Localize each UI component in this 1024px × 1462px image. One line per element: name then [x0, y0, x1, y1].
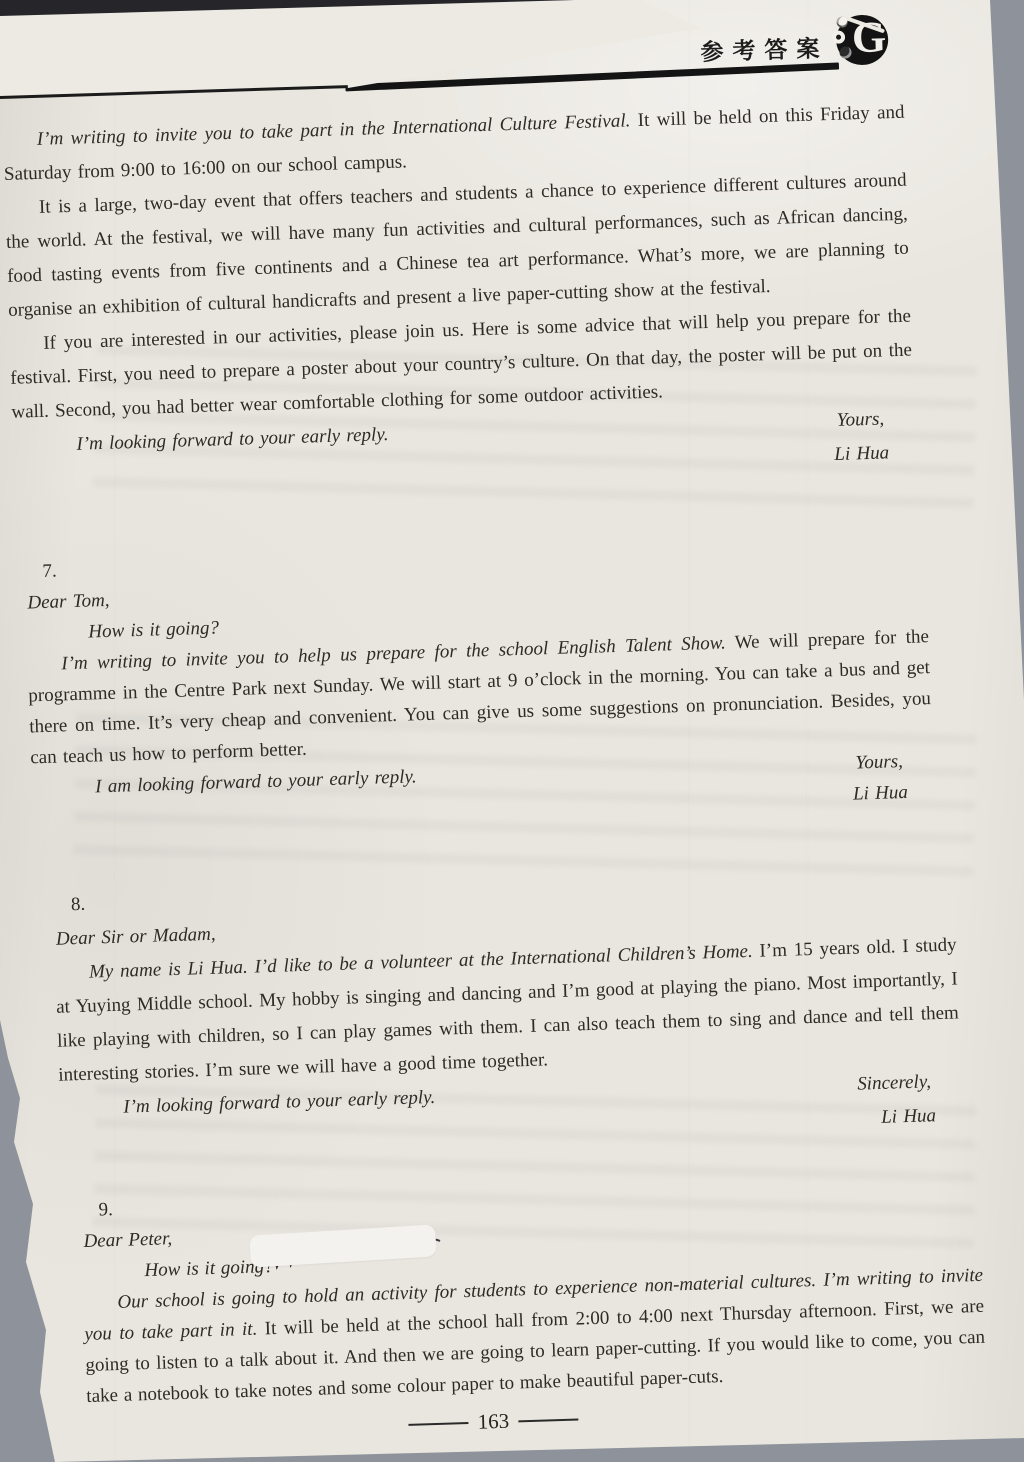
page-number-right-rule [518, 1418, 578, 1422]
letter-7: 7.Dear Tom,How is it going?I’m writing t… [24, 528, 934, 835]
page-number: 163 [477, 1409, 509, 1435]
page-number-left-rule [409, 1421, 469, 1425]
closing-sentence: I’m looking forward to your early reply. [76, 424, 389, 455]
closing-sentence: I am looking forward to your early reply… [95, 766, 417, 797]
text-run: It will be held at the school hall from … [85, 1296, 985, 1407]
valediction: Yours, [836, 402, 884, 437]
printed-content: 参考答案 G I’m writing to invite you to take… [2, 82, 1004, 1461]
letter-9: 9.Dear Peter,How is it going?Our school … [80, 1167, 986, 1412]
letter-continued: I’m writing to invite you to take part i… [2, 96, 915, 498]
scanned-page: 参考答案 G I’m writing to invite you to take… [0, 0, 1024, 1462]
closing-sentence: I’m looking forward to your early reply. [123, 1087, 436, 1118]
valediction: Yours, [855, 746, 903, 778]
text-run: It is a large, two-day event that offers… [6, 170, 909, 321]
valediction: Sincerely, [857, 1065, 932, 1101]
italic-text-run: I’m writing to invite you to take part i… [37, 110, 631, 150]
letter-8: 8.Dear Sir or Madam,My name is Li Hua. I… [52, 860, 962, 1160]
handwritten-correction [248, 1226, 448, 1282]
publisher-logo-icon: G [831, 12, 891, 72]
